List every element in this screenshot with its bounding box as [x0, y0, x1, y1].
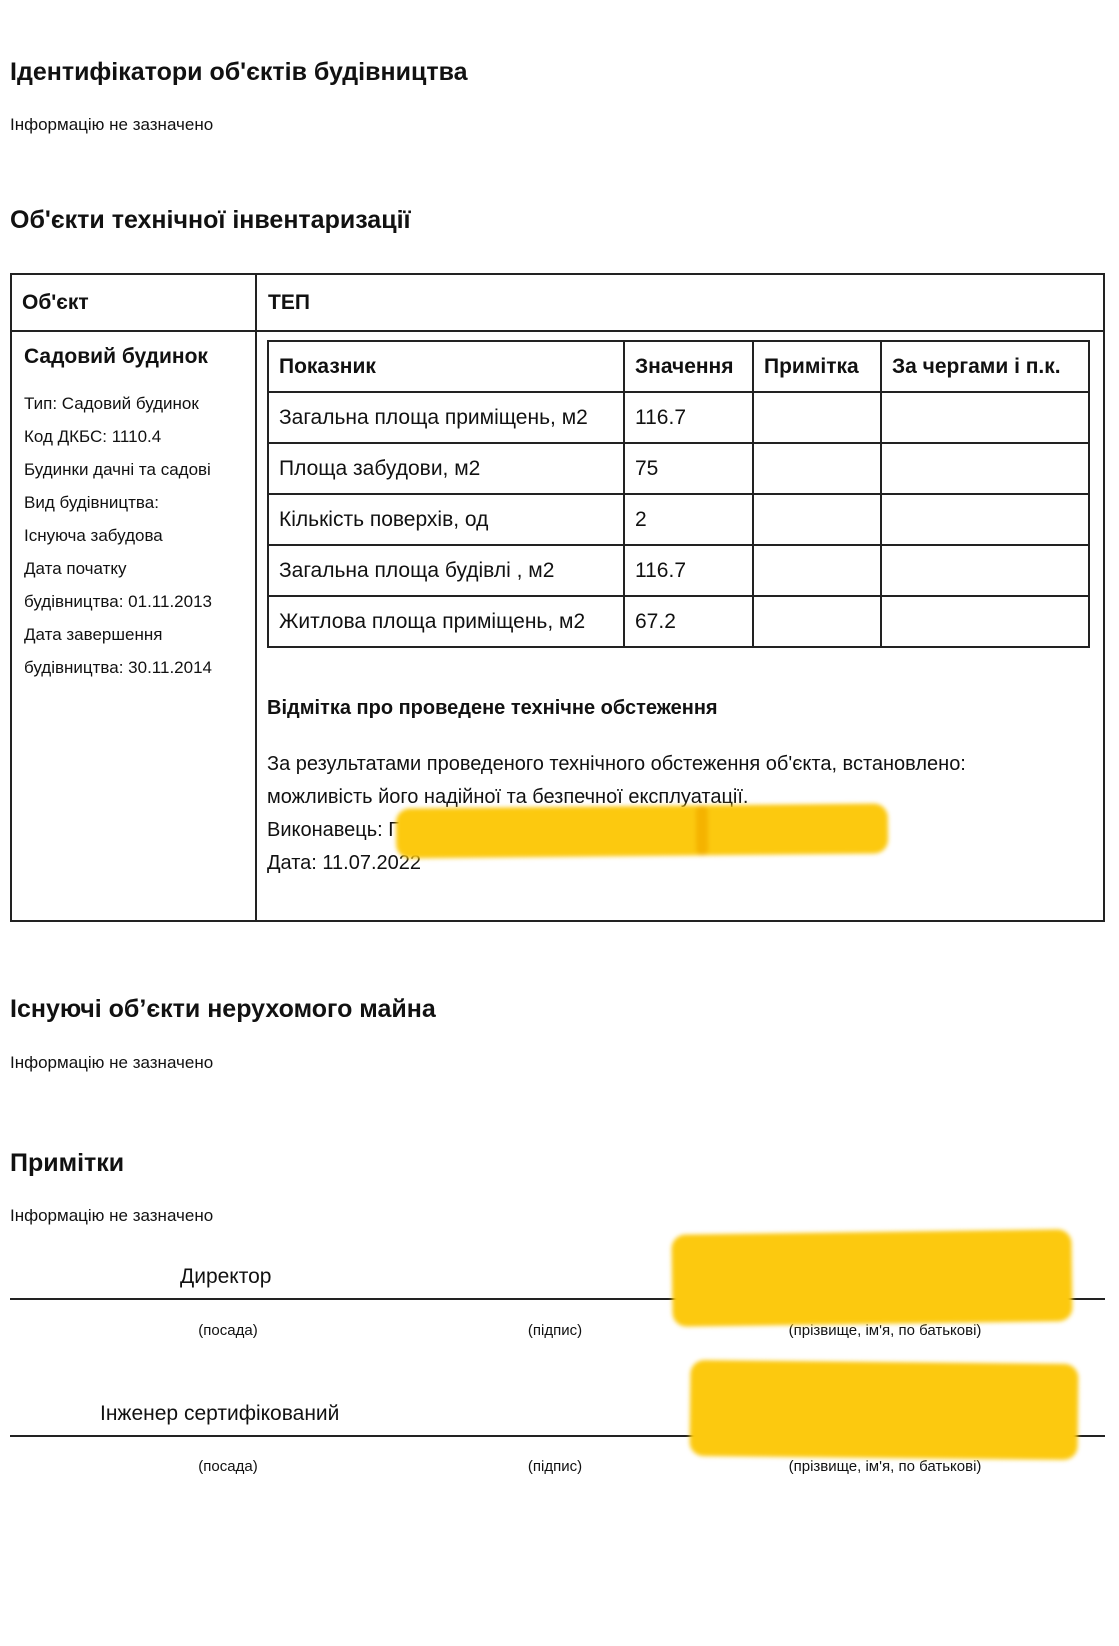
tep-value: 75	[624, 443, 753, 494]
table-row: Загальна площа приміщень, м2 116.7	[268, 392, 1089, 443]
object-line: будівництва: 30.11.2014	[24, 651, 249, 684]
tep-col-indicator: Показник	[268, 341, 624, 392]
tep-note	[753, 596, 881, 647]
tep-indicator: Площа забудови, м2	[268, 443, 624, 494]
signature-role: Інженер сертифікований	[100, 1402, 339, 1426]
table-row: Площа забудови, м2 75	[268, 443, 1089, 494]
redaction-director-name	[671, 1229, 1072, 1327]
survey-text-line-1: За результатами проведеного технічного о…	[267, 748, 1067, 781]
survey-title: Відмітка про проведене технічне обстежен…	[267, 697, 1067, 720]
tep-table: Показник Значення Примітка За чергами і …	[267, 340, 1090, 648]
tep-stages	[881, 545, 1089, 596]
tep-value: 116.7	[624, 392, 753, 443]
tep-stages	[881, 596, 1089, 647]
tep-stages	[881, 443, 1089, 494]
section-title-notes: Примітки	[10, 1149, 124, 1178]
caption-position: (посада)	[198, 1458, 257, 1475]
object-line: Будинки дачні та садові	[24, 453, 249, 486]
tep-col-value: Значення	[624, 341, 753, 392]
signature-role: Директор	[180, 1265, 271, 1289]
tep-value: 116.7	[624, 545, 753, 596]
object-description: Садовий будинок Тип: Садовий будинок Код…	[24, 345, 249, 684]
redaction-stroke	[696, 805, 709, 855]
header-tep: ТЕП	[268, 291, 310, 315]
column-divider	[255, 275, 257, 920]
tep-stages	[881, 392, 1089, 443]
caption-name: (прізвище, ім'я, по батькові)	[789, 1458, 982, 1475]
tep-col-note: Примітка	[753, 341, 881, 392]
identifiers-note: Інформацію не зазначено	[10, 115, 213, 135]
tep-note	[753, 443, 881, 494]
notes-note: Інформацію не зазначено	[10, 1206, 213, 1226]
section-title-inventory: Об'єкти технічної інвентаризації	[10, 206, 411, 235]
tep-value: 67.2	[624, 596, 753, 647]
object-line: Тип: Садовий будинок	[24, 387, 249, 420]
table-row: Кількість поверхів, од 2	[268, 494, 1089, 545]
object-line: Вид будівництва:	[24, 486, 249, 519]
object-line: Існуюча забудова	[24, 519, 249, 552]
object-line: Дата початку	[24, 552, 249, 585]
header-divider	[12, 330, 1103, 332]
object-line: будівництва: 01.11.2013	[24, 585, 249, 618]
existing-note: Інформацію не зазначено	[10, 1053, 213, 1073]
object-line: Код ДКБС: 1110.4	[24, 420, 249, 453]
tep-indicator: Кількість поверхів, од	[268, 494, 624, 545]
tep-col-stages: За чергами і п.к.	[881, 341, 1089, 392]
tep-note	[753, 494, 881, 545]
tep-stages	[881, 494, 1089, 545]
tep-note	[753, 545, 881, 596]
caption-signature: (підпис)	[528, 1322, 582, 1339]
header-object: Об'єкт	[22, 291, 89, 315]
tep-note	[753, 392, 881, 443]
object-line: Дата завершення	[24, 618, 249, 651]
tep-indicator: Житлова площа приміщень, м2	[268, 596, 624, 647]
section-title-existing: Існуючі об’єкти нерухомого майна	[10, 995, 436, 1024]
caption-position: (посада)	[198, 1322, 257, 1339]
caption-signature: (підпис)	[528, 1458, 582, 1475]
redaction-engineer-name	[690, 1360, 1079, 1460]
tep-indicator: Загальна площа приміщень, м2	[268, 392, 624, 443]
tep-value: 2	[624, 494, 753, 545]
table-row: Житлова площа приміщень, м2 67.2	[268, 596, 1089, 647]
tep-indicator: Загальна площа будівлі , м2	[268, 545, 624, 596]
object-title: Садовий будинок	[24, 345, 249, 369]
redaction-executor-name	[396, 803, 888, 858]
section-title-identifiers: Ідентифікатори об'єктів будівництва	[10, 58, 468, 87]
table-row: Загальна площа будівлі , м2 116.7	[268, 545, 1089, 596]
tep-header-row: Показник Значення Примітка За чергами і …	[268, 341, 1089, 392]
